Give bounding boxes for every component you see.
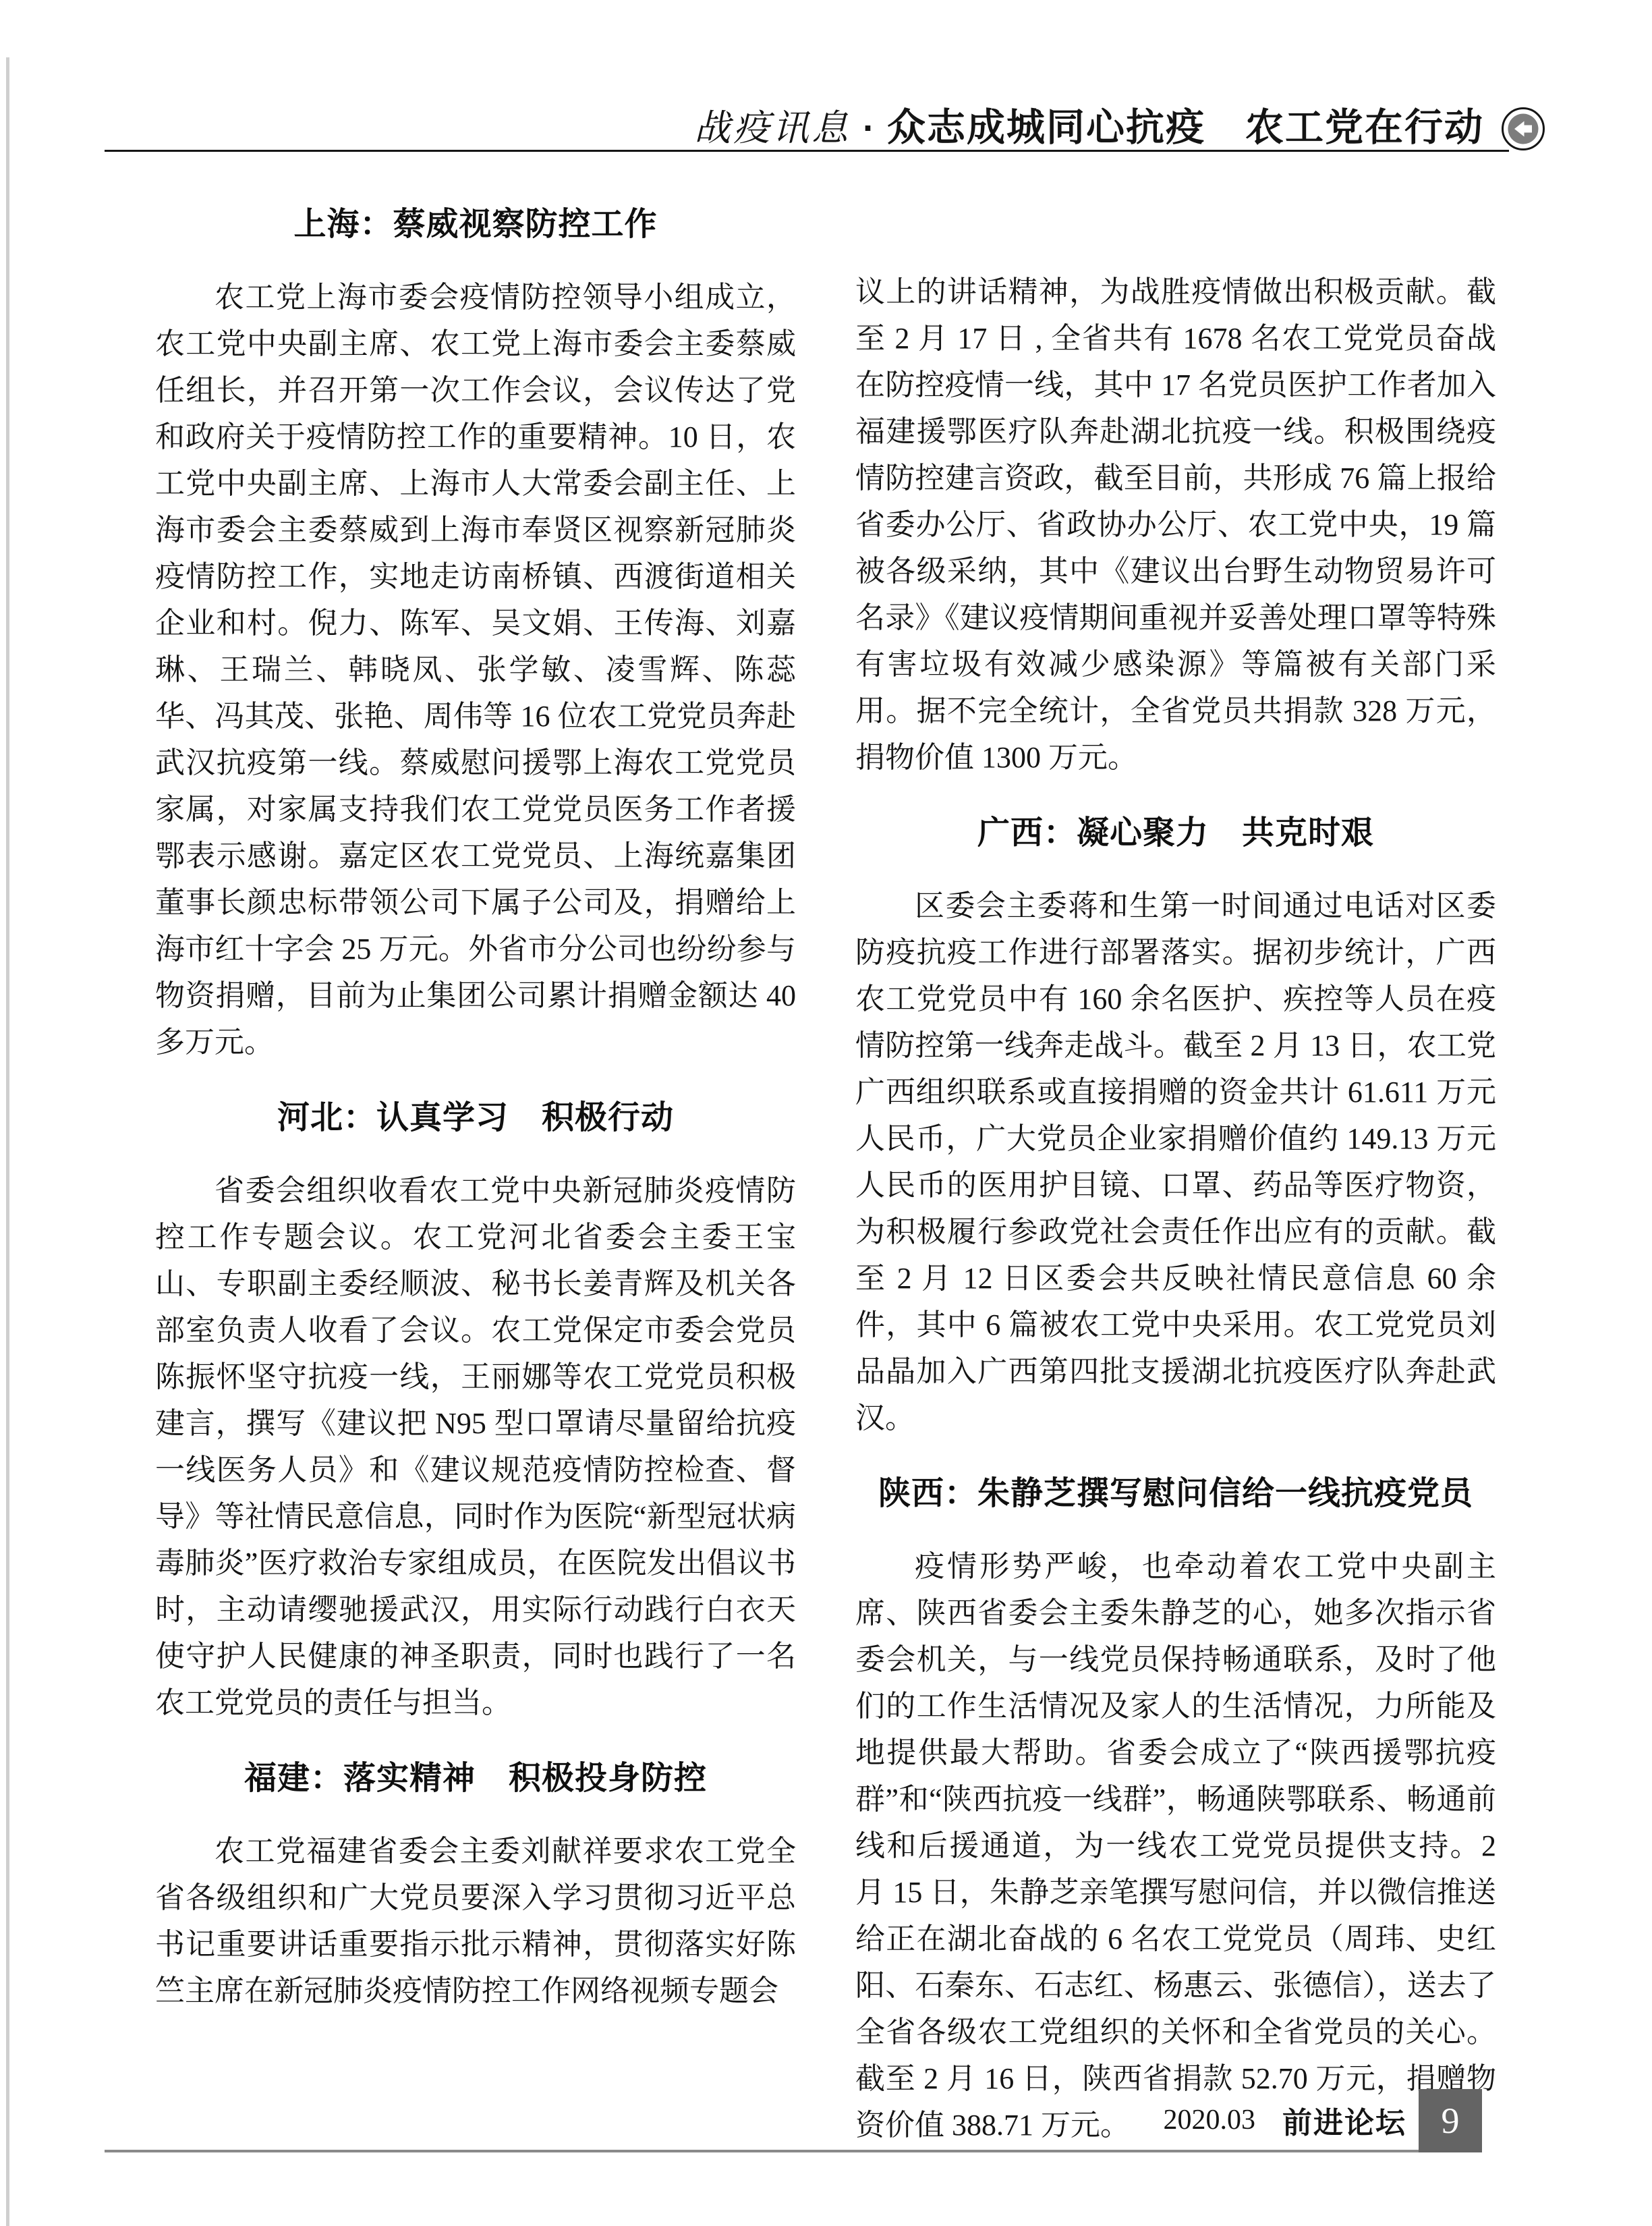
section-heading-fujian: 福建：落实精神 积极投身防控 [155,1753,796,1804]
magazine-page: 战疫讯息 · 众志成城同心抗疫 农工党在行动 上海：蔡威视察防控工作 农工党上海… [0,0,1652,2226]
header-kicker: 战疫讯息 [694,99,851,151]
page-number-badge: 9 [1419,2089,1482,2152]
left-column: 上海：蔡威视察防控工作 农工党上海市委会疫情防控领导小组成立，农工党中央副主席、… [155,199,796,2014]
page-header: 战疫讯息 · 众志成城同心抗疫 农工党在行动 [105,96,1484,150]
section-paragraph-shanghai: 农工党上海市委会疫情防控领导小组成立，农工党中央副主席、农工党上海市委会主委蔡威… [155,274,796,1065]
back-arrow-circle-icon [1501,107,1545,151]
section-paragraph-fujian: 农工党福建省委会主委刘献祥要求农工党全省各级组织和广大党员要深入学习贯彻习近平总… [155,1828,796,2014]
section-heading-shanghai: 上海：蔡威视察防控工作 [155,199,796,250]
footer-issue-date: 2020.03 [1164,2104,1256,2136]
section-paragraph-hebei: 省委会组织收看农工党中央新冠肺炎疫情防控工作专题会议。农工党河北省委会主委王宝山… [155,1167,796,1726]
section-heading-shaanxi: 陕西：朱静芝撰写慰问信给一线抗疫党员 [855,1468,1496,1519]
section-heading-hebei: 河北：认真学习 积极行动 [155,1092,796,1143]
page-footer: 2020.03 前进论坛 [105,2089,1406,2151]
section-heading-guangxi: 广西：凝心聚力 共克时艰 [855,808,1496,858]
header-separator-dot: · [863,107,875,149]
section-paragraph-guangxi: 区委会主委蒋和生第一时间通过电话对区委防疫抗疫工作进行部署落实。据初步统计，广西… [855,883,1496,1441]
footer-journal-name: 前进论坛 [1282,2098,1406,2142]
section-paragraph-shaanxi: 疫情形势严峻，也牵动着农工党中央副主席、陕西省委会主委朱静芝的心，她多次指示省委… [855,1543,1496,2148]
right-column: 议上的讲话精神，为战胜疫情做出积极贡献。截至 2 月 17 日 , 全省共有 1… [855,269,1496,2148]
header-title: 众志成城同心抗疫 农工党在行动 [887,96,1484,152]
page-scan-edge-line [6,57,9,2226]
section-paragraph-fujian-continued: 议上的讲话精神，为战胜疫情做出积极贡献。截至 2 月 17 日 , 全省共有 1… [855,269,1496,781]
header-rule [105,150,1509,152]
